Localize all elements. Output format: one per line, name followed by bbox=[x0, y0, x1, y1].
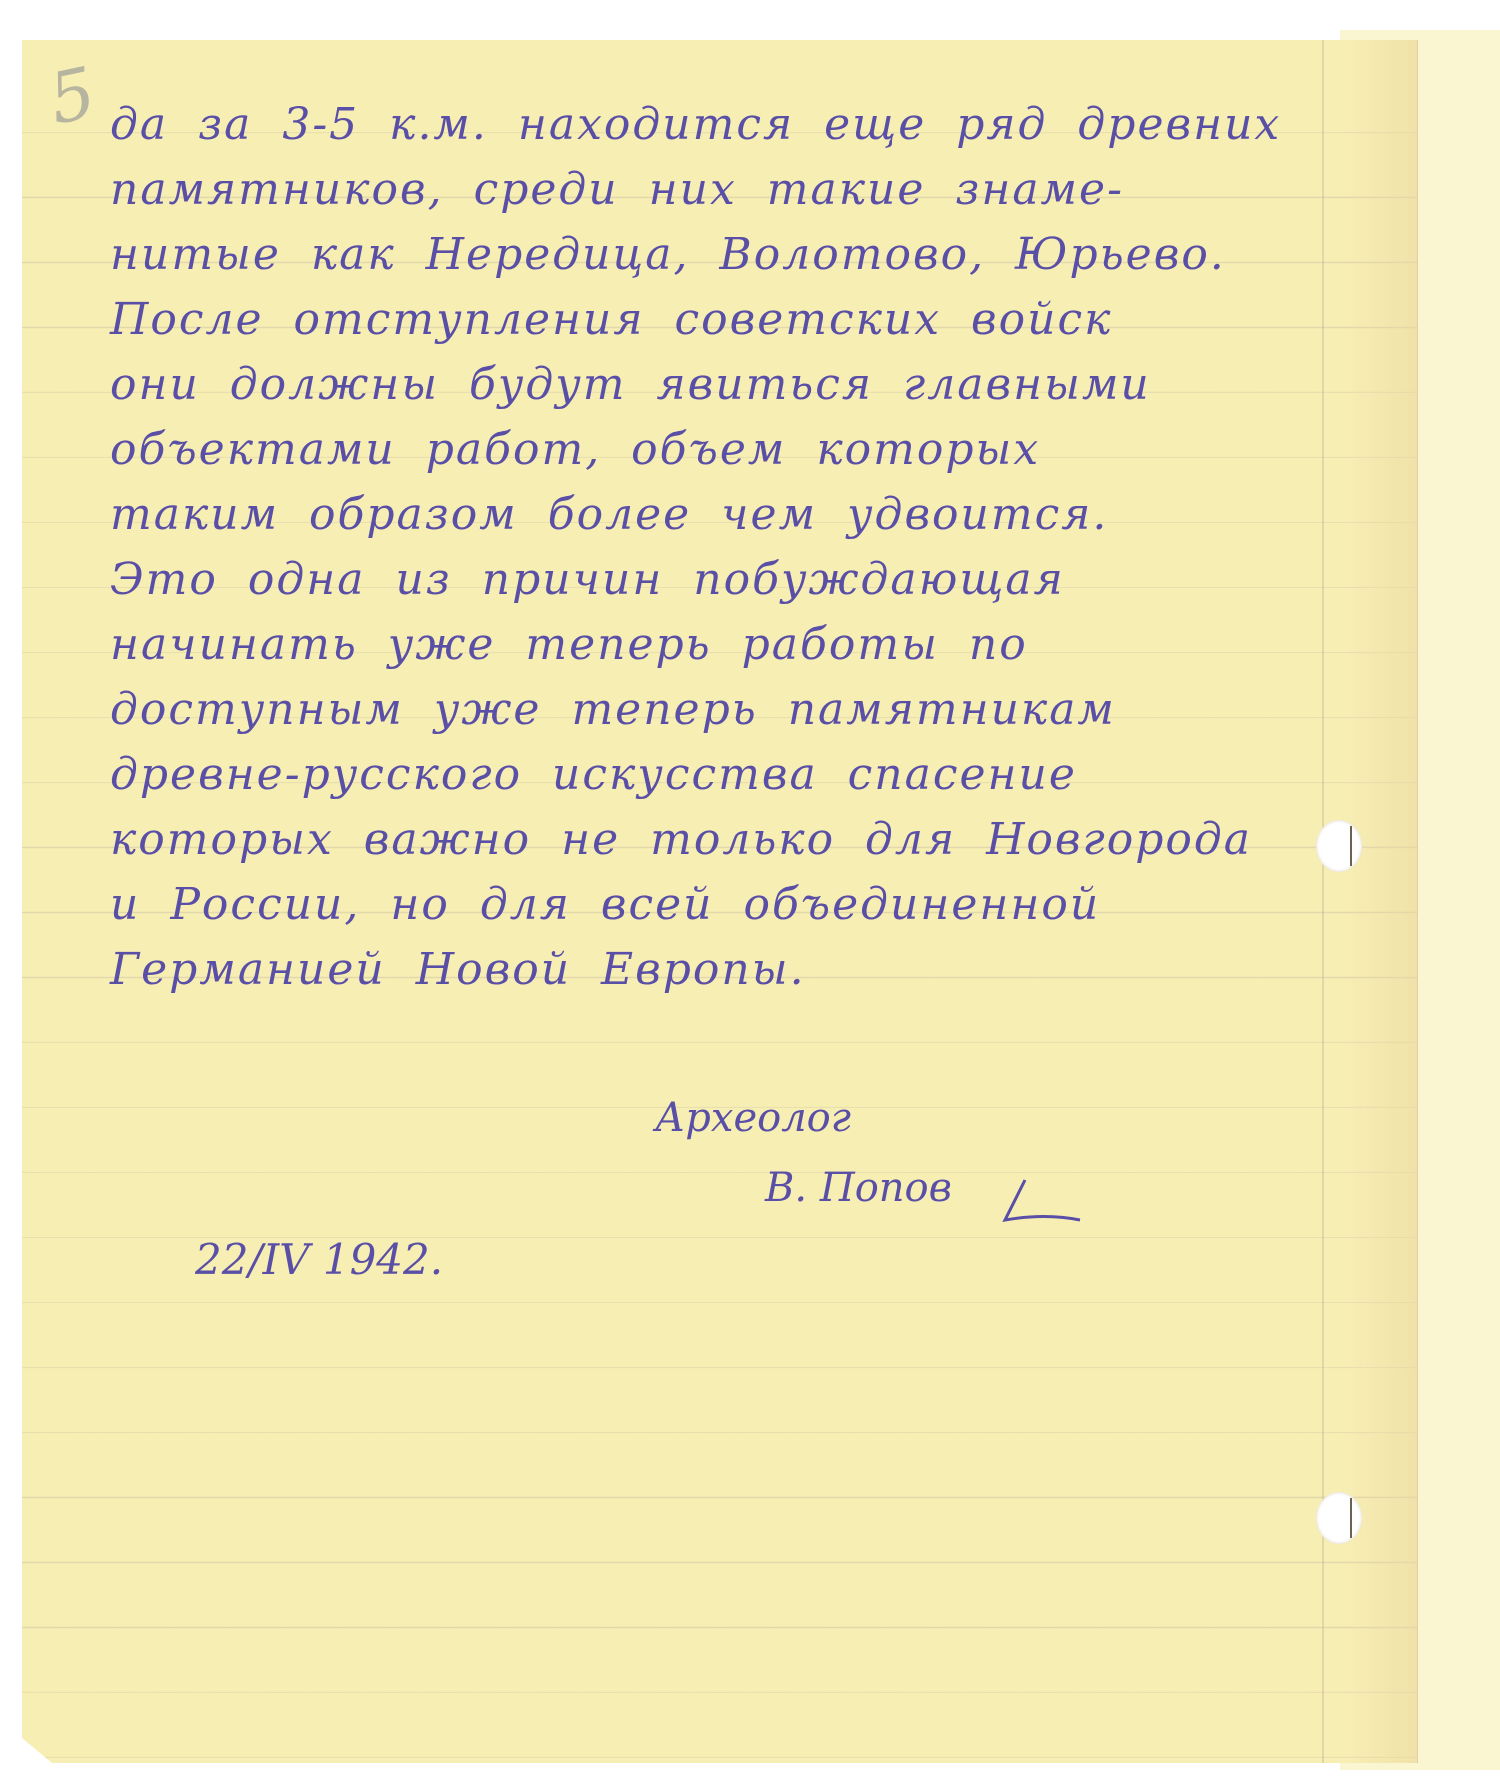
signature-title: Археолог bbox=[655, 1095, 851, 1141]
body-line: древне-русского искусства спасение bbox=[110, 742, 1340, 807]
body-line: нитые как Нередица, Волотово, Юрьево. bbox=[110, 222, 1340, 287]
body-line: которых важно не только для Новгорода bbox=[110, 807, 1340, 872]
body-line: памятников, среди них такие знаме- bbox=[110, 157, 1340, 222]
body-line: начинать уже теперь работы по bbox=[110, 612, 1340, 677]
body-line: они должны будут явиться главными bbox=[110, 352, 1340, 417]
letter-date: 22/IV 1942. bbox=[195, 1235, 443, 1284]
body-line: и России, но для всей объединенной bbox=[110, 872, 1340, 937]
punch-hole bbox=[1316, 1492, 1362, 1544]
body-line: После отступления советских войск bbox=[110, 287, 1340, 352]
signature-flourish-icon bbox=[985, 1175, 1085, 1235]
body-line: доступным уже теперь памятникам bbox=[110, 677, 1340, 742]
signature-name: В. Попов bbox=[765, 1165, 952, 1211]
body-line: Германией Новой Европы. bbox=[110, 937, 1340, 1002]
letter-body: да за 3-5 к.м. находится еще ряд древних… bbox=[110, 92, 1340, 1002]
body-line: Это одна из причин побуждающая bbox=[110, 547, 1340, 612]
body-line: да за 3-5 к.м. находится еще ряд древних bbox=[110, 92, 1340, 157]
body-line: объектами работ, объем которых bbox=[110, 417, 1340, 482]
body-line: таким образом более чем удвоится. bbox=[110, 482, 1340, 547]
